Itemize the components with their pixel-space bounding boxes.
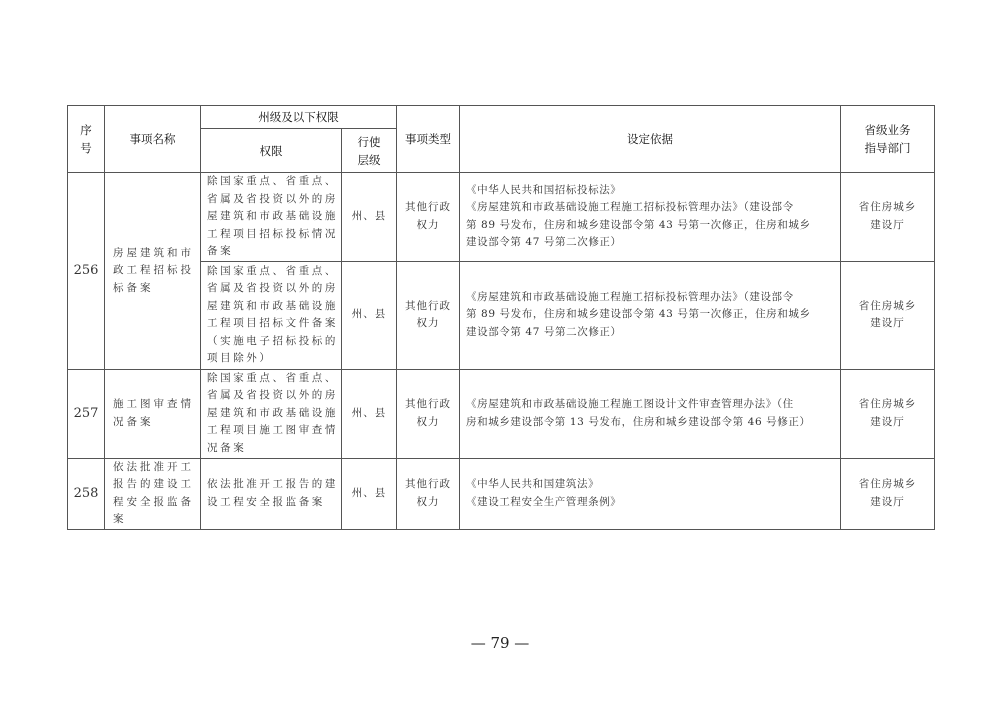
header-item-name: 事项名称: [105, 106, 201, 173]
header-authority-scope: 权限: [201, 129, 342, 173]
level-cell: 州、县: [342, 261, 397, 369]
type-cell: 其他行政 权力: [397, 261, 460, 369]
scope-cell: 依法批准开工报告的建 设工程安全报监备案: [201, 458, 342, 529]
basis-cell: 《中华人民共和国建筑法》 《建设工程安全生产管理条例》: [460, 458, 841, 529]
type-cell: 其他行政 权力: [397, 173, 460, 262]
page-number: — 79 —: [0, 634, 1000, 652]
item-name-cell: 房屋建筑和市 政工程招标投 标备案: [105, 173, 201, 370]
seq-cell: 257: [68, 369, 105, 458]
scope-cell: 除国家重点、省重点、 省属及省投资以外的房 屋建筑和市政基础设施 工程项目招标文…: [201, 261, 342, 369]
table-row: 258 依法批准开工 报告的建设工 程安全报监备 案 依法批准开工报告的建 设工…: [68, 458, 935, 529]
basis-cell: 《中华人民共和国招标投标法》 《房屋建筑和市政基础设施工程施工招标投标管理办法》…: [460, 173, 841, 262]
table-row: 257 施工图审查情 况备案 除国家重点、省重点、 省属及省投资以外的房 屋建筑…: [68, 369, 935, 458]
level-cell: 州、县: [342, 458, 397, 529]
header-basis: 设定依据: [460, 106, 841, 173]
scope-cell: 除国家重点、省重点、 省属及省投资以外的房 屋建筑和市政基础设施 工程项目招标投…: [201, 173, 342, 262]
item-name-cell: 依法批准开工 报告的建设工 程安全报监备 案: [105, 458, 201, 529]
level-cell: 州、县: [342, 369, 397, 458]
type-cell: 其他行政 权力: [397, 369, 460, 458]
header-item-type: 事项类型: [397, 106, 460, 173]
header-dept: 省级业务 指导部门: [841, 106, 935, 173]
dept-cell: 省住房城乡 建设厅: [841, 369, 935, 458]
dept-cell: 省住房城乡 建设厅: [841, 261, 935, 369]
basis-cell: 《房屋建筑和市政基础设施工程施工图设计文件审查管理办法》（住 房和城乡建设部令第…: [460, 369, 841, 458]
header-exercise-level: 行使 层级: [342, 129, 397, 173]
seq-cell: 258: [68, 458, 105, 529]
scope-cell: 除国家重点、省重点、 省属及省投资以外的房 屋建筑和市政基础设施 工程项目施工图…: [201, 369, 342, 458]
level-cell: 州、县: [342, 173, 397, 262]
item-name-cell: 施工图审查情 况备案: [105, 369, 201, 458]
table-row: 256 房屋建筑和市 政工程招标投 标备案 除国家重点、省重点、 省属及省投资以…: [68, 173, 935, 262]
header-authority-group: 州级及以下权限: [201, 106, 397, 129]
authority-table: 序 号 事项名称 州级及以下权限 事项类型 设定依据 省级业务 指导部门 权限 …: [67, 105, 935, 530]
basis-cell: 《房屋建筑和市政基础设施工程施工招标投标管理办法》（建设部令 第 89 号发布，…: [460, 261, 841, 369]
dept-cell: 省住房城乡 建设厅: [841, 173, 935, 262]
type-cell: 其他行政 权力: [397, 458, 460, 529]
header-seq: 序 号: [68, 106, 105, 173]
dept-cell: 省住房城乡 建设厅: [841, 458, 935, 529]
seq-cell: 256: [68, 173, 105, 370]
